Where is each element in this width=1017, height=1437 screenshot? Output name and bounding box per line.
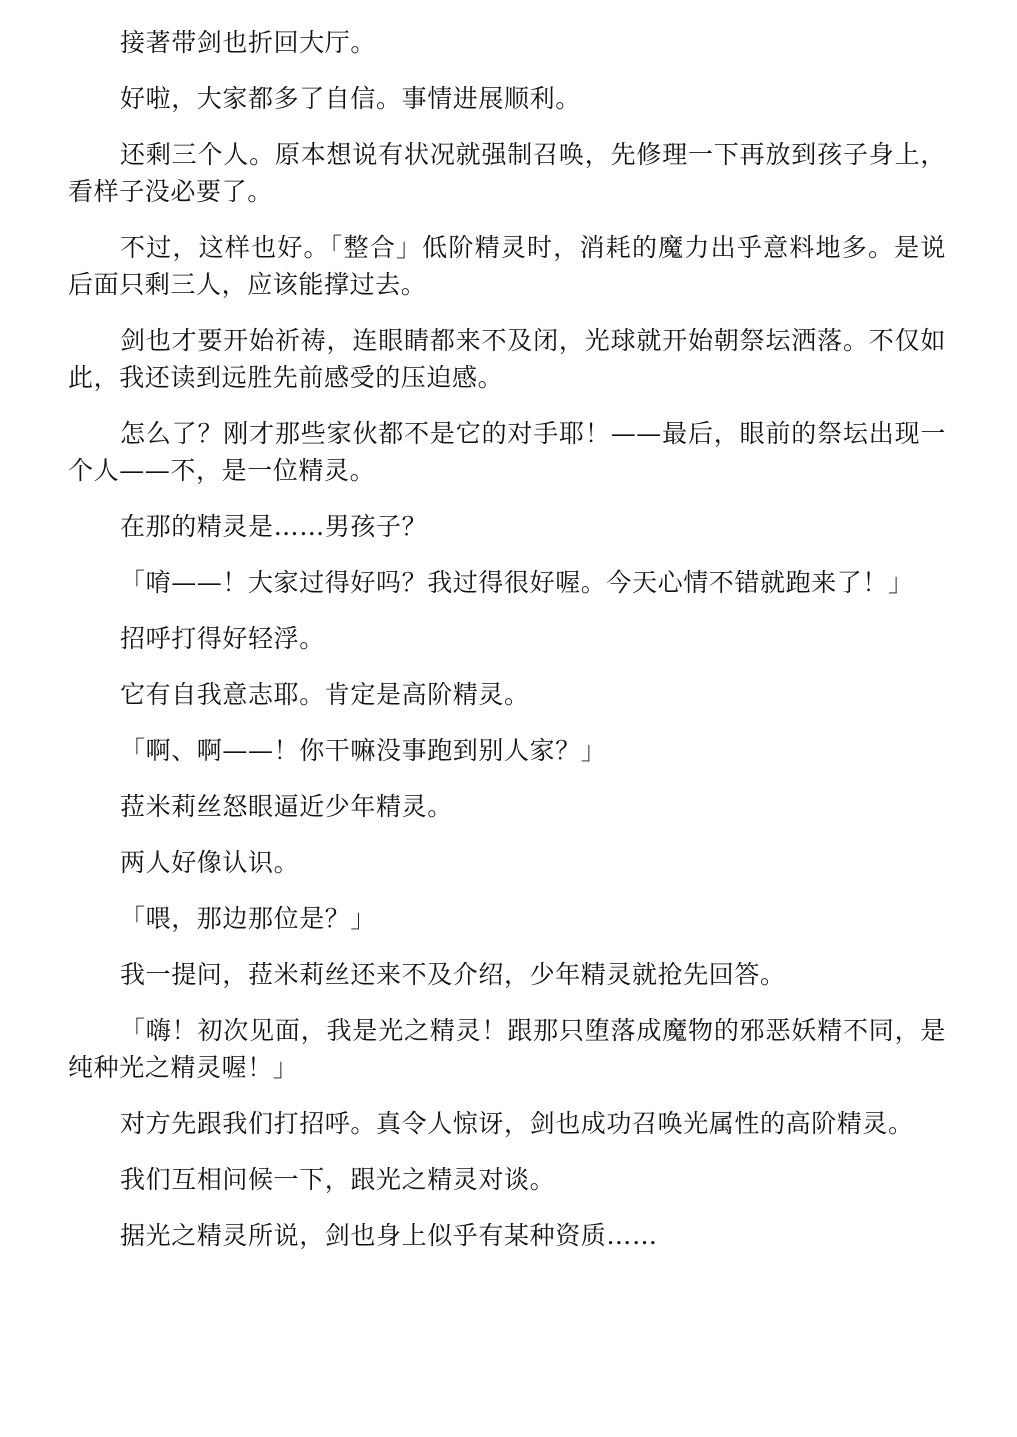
paragraph: 「唷——！大家过得好吗？我过得很好喔。今天心情不错就跑来了！」 <box>68 564 946 601</box>
paragraph: 我们互相问候一下，跟光之精灵对谈。 <box>68 1161 946 1198</box>
paragraph: 两人好像认识。 <box>68 844 946 881</box>
paragraph: 「嗨！初次见面，我是光之精灵！跟那只堕落成魔物的邪恶妖精不同，是纯种光之精灵喔！… <box>68 1012 946 1086</box>
paragraph: 「啊、啊——！你干嘛没事跑到别人家？」 <box>68 732 946 769</box>
paragraph: 对方先跟我们打招呼。真令人惊讶，剑也成功召唤光属性的高阶精灵。 <box>68 1105 946 1142</box>
paragraph: 还剩三个人。原本想说有状况就强制召唤，先修理一下再放到孩子身上，看样子没必要了。 <box>68 136 946 210</box>
paragraph: 接著带剑也折回大厅。 <box>68 24 946 61</box>
paragraph: 菈米莉丝怒眼逼近少年精灵。 <box>68 788 946 825</box>
paragraph: 它有自我意志耶。肯定是高阶精灵。 <box>68 676 946 713</box>
paragraph: 在那的精灵是……男孩子？ <box>68 508 946 545</box>
paragraph: 剑也才要开始祈祷，连眼睛都来不及闭，光球就开始朝祭坛洒落。不仅如此，我还读到远胜… <box>68 322 946 396</box>
paragraph: 怎么了？刚才那些家伙都不是它的对手耶！——最后，眼前的祭坛出现一个人——不，是一… <box>68 415 946 489</box>
paragraph: 据光之精灵所说，剑也身上似乎有某种资质…… <box>68 1217 946 1254</box>
paragraph: 不过，这样也好。「整合」低阶精灵时，消耗的魔力出乎意料地多。是说后面只剩三人，应… <box>68 229 946 303</box>
document-page: 接著带剑也折回大厅。 好啦，大家都多了自信。事情进展顺利。 还剩三个人。原本想说… <box>68 24 946 1273</box>
paragraph: 招呼打得好轻浮。 <box>68 620 946 657</box>
paragraph: 「喂，那边那位是？」 <box>68 900 946 937</box>
paragraph: 好啦，大家都多了自信。事情进展顺利。 <box>68 80 946 117</box>
paragraph: 我一提问，菈米莉丝还来不及介绍，少年精灵就抢先回答。 <box>68 956 946 993</box>
